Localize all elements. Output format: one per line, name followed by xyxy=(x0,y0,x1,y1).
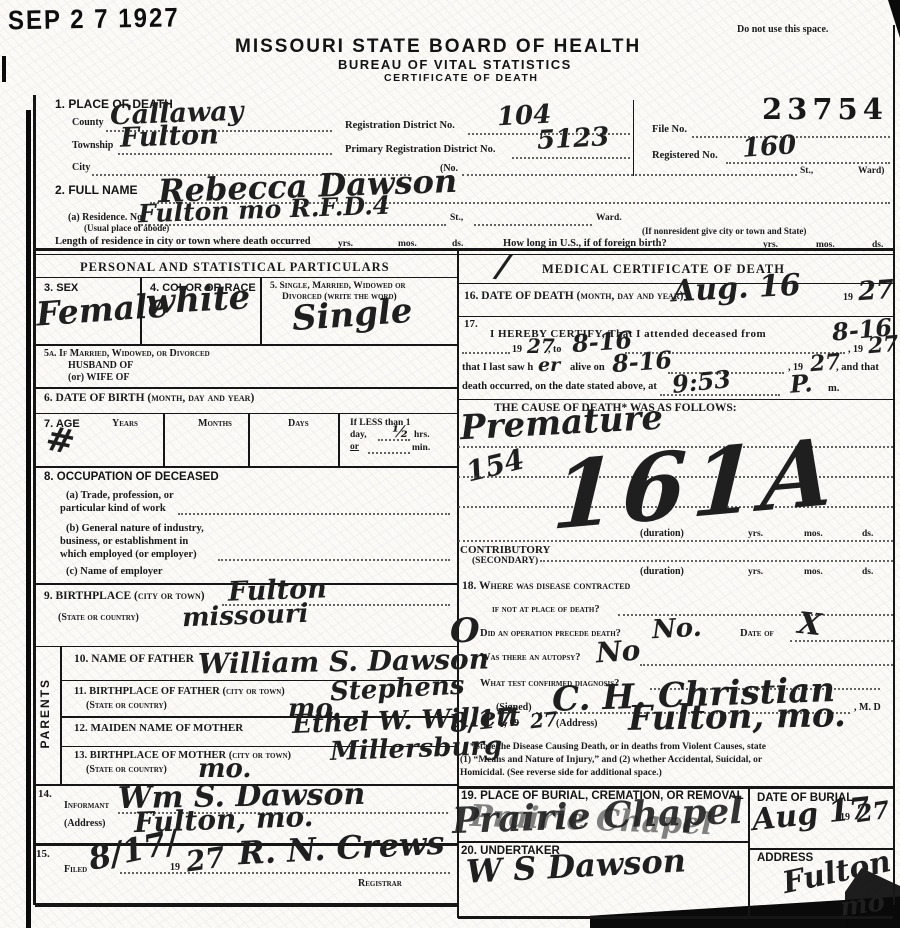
operation-date-value: X xyxy=(796,609,822,641)
duration-ds: ds. xyxy=(862,529,873,539)
certify-line4: death occurred, on the date stated above… xyxy=(462,381,657,392)
birthplace-state-label: (State or country) xyxy=(58,612,139,623)
duration2-label: (duration) xyxy=(640,566,684,577)
rule-h xyxy=(458,841,748,843)
parents-vertical-label: PARENTS xyxy=(38,678,52,748)
occupation-c: (c) Name of employer xyxy=(66,566,163,577)
cause-code-value: 154 xyxy=(463,445,526,486)
certify2-year2-value: 27 xyxy=(867,333,899,358)
father-state-label: (State or country) xyxy=(86,700,167,711)
mother-state-label: (State or country) xyxy=(86,764,167,775)
rule-v xyxy=(163,413,165,466)
last-saw-date-value: 8-16 xyxy=(611,348,673,376)
rule-dotted xyxy=(218,559,450,561)
certify2-year-print: 19 xyxy=(512,344,522,355)
burial-year-value: 27 xyxy=(854,798,890,826)
father-name-label: 10. NAME OF FATHER xyxy=(74,653,194,665)
occupation-label: 8. OCCUPATION OF DECEASED xyxy=(44,471,219,483)
rule-dotted xyxy=(660,394,780,396)
age-days-label: Days xyxy=(288,418,309,429)
primary-registration-label: Primary Registration District No. xyxy=(345,144,495,155)
rule-v xyxy=(748,786,750,918)
hours-value: ½ xyxy=(392,424,409,440)
rule-v-fileno xyxy=(633,100,634,176)
time-of-death-value: 9:53 xyxy=(671,367,732,397)
length-residence-label: Length of residence in city or town wher… xyxy=(55,236,311,247)
personal-title: PERSONAL AND STATISTICAL PARTICULARS xyxy=(80,260,390,275)
rule-dotted xyxy=(640,664,893,666)
residence-ward-label: Ward. xyxy=(596,213,622,223)
last-saw-pronoun-value: er xyxy=(538,356,560,375)
am-pm-value: P. xyxy=(789,371,813,397)
certify-line3b: alive on xyxy=(570,362,605,373)
contributory-label: CONTRIBUTORY xyxy=(460,544,550,556)
filed-label: Filed xyxy=(64,864,87,875)
street-label: St., xyxy=(800,166,813,176)
file-no-label: File No. xyxy=(652,124,687,135)
rule-dotted xyxy=(138,224,446,226)
township-label: Township xyxy=(72,140,113,151)
race-value: white xyxy=(145,280,251,319)
father-birthplace-value: Stephens xyxy=(329,672,465,705)
rule-dotted xyxy=(512,157,630,159)
duration-mos: mos. xyxy=(804,529,823,539)
birthplace-label: 9. BIRTHPLACE (city or town) xyxy=(44,590,205,602)
md-label: , M. D xyxy=(854,702,881,713)
residence-st-label: St., xyxy=(450,213,463,223)
dod-year-print: 19 xyxy=(843,292,853,303)
secondary-label: (SECONDARY) xyxy=(472,556,538,566)
form-title: MISSOURI STATE BOARD OF HEALTH xyxy=(235,36,641,58)
signed-address-value: Fulton, mo. xyxy=(628,698,846,736)
signed-address-label: (Address) xyxy=(556,718,597,729)
if-married-label: 5a. If Married, Widowed, or Divorced xyxy=(44,348,210,359)
rule-dotted xyxy=(726,162,890,164)
residence-value: Fulton mo R.F.D.4 xyxy=(138,193,391,227)
burial-year-print: 19 xyxy=(840,812,850,823)
informant-label: Informant xyxy=(64,800,109,811)
footnote-line2: (1) “Means and Nature of Injury,” and (2… xyxy=(460,755,762,765)
rule-dotted xyxy=(378,439,410,441)
age-handwritten-mark: # xyxy=(43,421,78,460)
disease-contracted-label: 18. Where was disease contracted xyxy=(462,580,630,592)
rule-h xyxy=(458,316,893,317)
occupation-b3: which employed (or employer) xyxy=(60,549,197,560)
rule-v-parents xyxy=(60,646,62,784)
rule-h-bottom xyxy=(35,903,457,907)
operation-scrawl-mark: O xyxy=(450,614,480,648)
rule-dotted xyxy=(790,640,893,642)
registered-no-label: Registered No. xyxy=(652,150,718,161)
county-label: County xyxy=(72,117,104,128)
dod-year-value: 27 xyxy=(857,277,895,305)
birthplace-state-value: missouri xyxy=(182,601,309,631)
rule-h-divider-top2 xyxy=(35,254,893,255)
scan-artifact-left-tick xyxy=(2,56,6,82)
marital-value: Single xyxy=(291,294,414,336)
less-than-min-label: min. xyxy=(412,443,430,453)
operation-date-label: Date of xyxy=(740,628,774,639)
duration2-yrs: yrs. xyxy=(748,567,763,577)
scan-artifact-left-bar xyxy=(26,110,31,928)
informant-number: 14. xyxy=(38,788,52,800)
received-date-stamp: SEP 2 7 1927 xyxy=(8,3,180,37)
cause-scrawl-value: 161A xyxy=(550,425,841,543)
rule-dotted xyxy=(462,174,797,176)
operation-value: No. xyxy=(651,615,702,644)
marital-label-line1: 5. Single, Married, Widowed or xyxy=(270,281,406,291)
rule-v xyxy=(140,277,142,344)
less-than-or-label: or xyxy=(350,442,359,452)
form-subtitle: BUREAU OF VITAL STATISTICS xyxy=(338,57,572,72)
township-value: Fulton xyxy=(120,121,220,151)
rule-h xyxy=(35,466,457,468)
footnote-line1: *State the Disease Causing Death, or in … xyxy=(470,742,766,752)
registration-district-label: Registration District No. xyxy=(345,120,455,131)
registrar-label: Registrar xyxy=(358,878,402,889)
mother-name-label: 12. MAIDEN NAME OF MOTHER xyxy=(74,722,243,734)
do-not-use-note: Do not use this space. xyxy=(737,24,828,35)
date-of-death-value: Aug. 16 xyxy=(671,271,801,308)
primary-registration-value: 5123 xyxy=(536,124,610,154)
abode-label: (Usual place of abode) xyxy=(84,223,169,233)
less-than-label-2: day, xyxy=(350,430,367,440)
rule-dotted xyxy=(474,224,592,226)
certify-line3d: , and that xyxy=(836,362,879,373)
autopsy-label: Was there an autopsy? xyxy=(480,652,581,663)
certify-m-label: m. xyxy=(828,383,839,394)
if-not-at-place-label: if not at place of death? xyxy=(492,604,600,615)
nonresident-note: (If nonresident give city or town and St… xyxy=(642,226,806,236)
rule-h xyxy=(35,387,457,389)
rule-h xyxy=(35,413,457,414)
duration-yrs: yrs. xyxy=(748,529,763,539)
rule-h-heavy xyxy=(458,786,893,789)
informant-address-label: (Address) xyxy=(64,818,105,829)
rule-h xyxy=(458,399,893,400)
less-than-hrs-label: hrs. xyxy=(414,430,430,440)
rule-dotted xyxy=(540,560,893,562)
filed-date-value: 8/17/ xyxy=(86,825,181,875)
duration2-ds: ds. xyxy=(862,567,873,577)
certify2-year2-print: , 19 xyxy=(848,344,863,355)
rule-right-edge xyxy=(893,25,895,905)
rule-dotted xyxy=(178,513,450,515)
date-of-death-label: 16. DATE OF DEATH (month, day and year) xyxy=(464,290,683,302)
father-birthplace-label: 11. BIRTHPLACE OF FATHER (city or town) xyxy=(74,686,285,697)
death-certificate-scan: SEP 2 7 1927 MISSOURI STATE BOARD OF HEA… xyxy=(0,0,900,928)
certificate-number: 23754 xyxy=(762,92,888,126)
age-months-label: Months xyxy=(198,418,232,429)
rule-dotted xyxy=(462,352,510,354)
signed-year-print: , 19 xyxy=(504,718,519,729)
occupation-b1: (b) General nature of industry, xyxy=(66,523,204,534)
age-years-label: Years xyxy=(112,418,138,429)
rule-v xyxy=(338,413,340,466)
registrar-signature: R. N. Crews xyxy=(237,827,445,870)
rule-v xyxy=(248,413,250,466)
rule-h xyxy=(35,344,457,346)
rule-dotted xyxy=(368,452,410,454)
place-of-burial-overwrite: Prairie Chapel xyxy=(470,802,713,840)
duration2-mos: mos. xyxy=(804,567,823,577)
full-name-label: 2. FULL NAME xyxy=(55,183,137,197)
footnote-line3: Homicidal. (See reverse side for additio… xyxy=(460,768,662,778)
rule-dotted xyxy=(120,872,450,874)
signed-year-value: 27 xyxy=(529,709,559,732)
rule-dotted xyxy=(118,153,332,155)
rule-h-bottom-right xyxy=(458,916,893,919)
date-of-birth-label: 6. DATE OF BIRTH (month, day and year) xyxy=(44,392,254,404)
autopsy-value: No xyxy=(595,636,641,667)
rule-dotted xyxy=(458,540,893,542)
rule-h-divider-top xyxy=(35,248,893,251)
husband-of-label: HUSBAND OF xyxy=(68,360,133,371)
undertaker-value: W S Dawson xyxy=(465,844,686,887)
mother-birthplace-label: 13. BIRTHPLACE OF MOTHER (city or town) xyxy=(74,750,291,761)
occupation-a2: particular kind of work xyxy=(60,503,166,514)
certify-number: 17. xyxy=(464,318,478,330)
filed-number: 15. xyxy=(36,848,50,860)
occupation-b2: business, or establishment in xyxy=(60,536,188,547)
form-doc-type: CERTIFICATE OF DEATH xyxy=(384,72,538,84)
ward-label: Ward) xyxy=(858,166,884,176)
registered-no-value: 160 xyxy=(741,132,797,162)
certify-line3a: that I last saw h xyxy=(462,362,533,373)
city-label: City xyxy=(72,162,90,173)
rule-v xyxy=(260,277,262,344)
duration-label: (duration) xyxy=(640,528,684,539)
occupation-a1: (a) Trade, profession, or xyxy=(66,490,174,501)
residence-label: (a) Residence. No. xyxy=(68,212,145,223)
wife-of-label: (or) WIFE OF xyxy=(68,372,129,383)
